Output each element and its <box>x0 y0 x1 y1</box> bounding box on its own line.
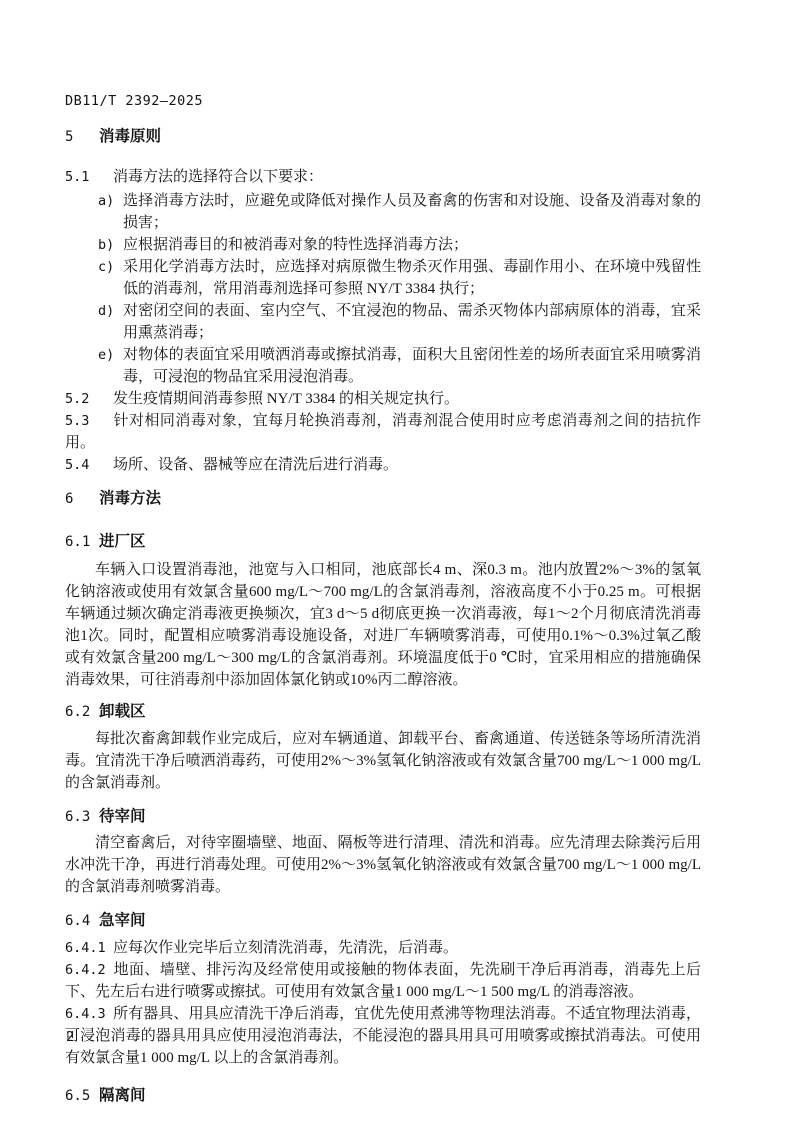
clause-5-3-number: 5.3 <box>65 410 113 432</box>
clause-5-3: 5.3针对相同消毒对象，宜每月轮换消毒剂，消毒剂混合使用时应考虑消毒剂之间的拮抗… <box>65 410 701 454</box>
section-6-1-heading: 6.1进厂区 <box>65 529 701 554</box>
list-item: a) 选择消毒方法时，应避免或降低对操作人员及畜禽的伤害和对设施、设备及消毒对象… <box>65 190 701 234</box>
list-item-text: 对密闭空间的表面、室内空气、不宜浸泡的物品、需杀灭物体内部病原体的消毒，宜采用熏… <box>123 300 701 344</box>
section-6-title: 消毒方法 <box>99 489 161 507</box>
paragraph-6-1: 车辆入口设置消毒池，池宽与入口相同，池底部长4 m、深0.3 m。池内放置2%～… <box>65 559 701 691</box>
section-6-3-number: 6.3 <box>65 805 99 829</box>
list-item-marker: a) <box>98 190 123 234</box>
clause-6-4-3-text: 所有器具、用具应清洗干净后消毒，宜优先使用煮沸等物理法消毒。不适宜物理法消毒，可… <box>65 1006 701 1066</box>
clause-5-1: 5.1消毒方法的选择符合以下要求： <box>65 166 701 188</box>
clause-5-4: 5.4场所、设备、器械等应在清洗后进行消毒。 <box>65 454 701 476</box>
section-6-number: 6 <box>65 487 99 511</box>
section-6-3-heading: 6.3待宰间 <box>65 804 701 829</box>
list-item-text: 对物体的表面宜采用喷洒消毒或擦拭消毒，面积大且密闭性差的场所表面宜采用喷雾消毒，… <box>123 344 701 388</box>
section-6-2-title: 卸载区 <box>99 702 146 720</box>
section-5-heading: 5消毒原则 <box>65 124 701 149</box>
doc-code: DB11/T 2392—2025 <box>65 93 701 110</box>
clause-6-4-1-number: 6.4.1 <box>65 937 113 959</box>
list-item: e) 对物体的表面宜采用喷洒消毒或擦拭消毒，面积大且密闭性差的场所表面宜采用喷雾… <box>65 344 701 388</box>
section-6-5-number: 6.5 <box>65 1084 99 1108</box>
list-item-text: 采用化学消毒方法时，应选择对病原微生物杀灭作用强、毒副作用小、在环境中残留性低的… <box>123 256 701 300</box>
section-6-4-number: 6.4 <box>65 909 99 933</box>
list-item-marker: b) <box>98 234 123 256</box>
section-6-2-number: 6.2 <box>65 700 99 724</box>
clause-6-4-2-number: 6.4.2 <box>65 959 113 981</box>
list-5-1: a) 选择消毒方法时，应避免或降低对操作人员及畜禽的伤害和对设施、设备及消毒对象… <box>65 190 701 388</box>
list-item-text: 选择消毒方法时，应避免或降低对操作人员及畜禽的伤害和对设施、设备及消毒对象的损害… <box>123 190 701 234</box>
clause-6-4-1: 6.4.1应每次作业完毕后立刻清洗消毒，先清洗，后消毒。 <box>65 937 701 959</box>
section-6-5-title: 隔离间 <box>99 1086 146 1104</box>
page-number: 2 <box>66 1026 74 1048</box>
clause-6-4-3-number: 6.4.3 <box>65 1003 113 1025</box>
section-6-4-title: 急宰间 <box>99 911 146 929</box>
list-item-marker: c) <box>98 256 123 300</box>
clause-5-1-number: 5.1 <box>65 166 113 188</box>
document-page: DB11/T 2392—2025 5消毒原则 5.1消毒方法的选择符合以下要求：… <box>0 0 793 1123</box>
section-6-heading: 6消毒方法 <box>65 486 701 511</box>
list-item-marker: e) <box>98 344 123 388</box>
section-6-1-title: 进厂区 <box>99 532 146 550</box>
clause-6-4-3: 6.4.3所有器具、用具应清洗干净后消毒，宜优先使用煮沸等物理法消毒。不适宜物理… <box>65 1003 701 1069</box>
clause-6-4-2-text: 地面、墙壁、排污沟及经常使用或接触的物体表面，先洗刷干净后再消毒，消毒先上后下、… <box>65 962 701 1000</box>
section-6-1-number: 6.1 <box>65 530 99 554</box>
paragraph-6-2: 每批次畜禽卸载作业完成后，应对车辆通道、卸载平台、畜禽通道、传送链条等场所清洗消… <box>65 728 701 794</box>
clause-6-4-2: 6.4.2地面、墙壁、排污沟及经常使用或接触的物体表面，先洗刷干净后再消毒，消毒… <box>65 959 701 1003</box>
list-item: c) 采用化学消毒方法时，应选择对病原微生物杀灭作用强、毒副作用小、在环境中残留… <box>65 256 701 300</box>
clause-5-2: 5.2发生疫情期间消毒参照 NY/T 3384 的相关规定执行。 <box>65 388 701 410</box>
section-6-3-title: 待宰间 <box>99 807 146 825</box>
section-6-2-heading: 6.2卸载区 <box>65 699 701 724</box>
paragraph-6-3: 清空畜禽后，对待宰圈墙壁、地面、隔板等进行清理、清洗和消毒。应先清理去除粪污后用… <box>65 832 701 898</box>
clause-5-3-text: 针对相同消毒对象，宜每月轮换消毒剂，消毒剂混合使用时应考虑消毒剂之间的拮抗作用。 <box>65 413 701 451</box>
clause-5-2-text: 发生疫情期间消毒参照 NY/T 3384 的相关规定执行。 <box>113 391 459 407</box>
list-item-marker: d) <box>98 300 123 344</box>
section-5-title: 消毒原则 <box>99 127 161 145</box>
clause-6-4-1-text: 应每次作业完毕后立刻清洗消毒，先清洗，后消毒。 <box>113 940 458 956</box>
section-6-5-heading: 6.5隔离间 <box>65 1083 701 1108</box>
section-6-4-heading: 6.4急宰间 <box>65 908 701 933</box>
clause-5-4-text: 场所、设备、器械等应在清洗后进行消毒。 <box>113 457 398 473</box>
clause-5-2-number: 5.2 <box>65 388 113 410</box>
section-5-number: 5 <box>65 125 99 149</box>
clause-5-4-number: 5.4 <box>65 454 113 476</box>
list-item: b) 应根据消毒目的和被消毒对象的特性选择消毒方法； <box>65 234 701 256</box>
list-item-text: 应根据消毒目的和被消毒对象的特性选择消毒方法； <box>123 234 701 256</box>
clause-5-1-text: 消毒方法的选择符合以下要求： <box>113 169 323 185</box>
list-item: d) 对密闭空间的表面、室内空气、不宜浸泡的物品、需杀灭物体内部病原体的消毒，宜… <box>65 300 701 344</box>
